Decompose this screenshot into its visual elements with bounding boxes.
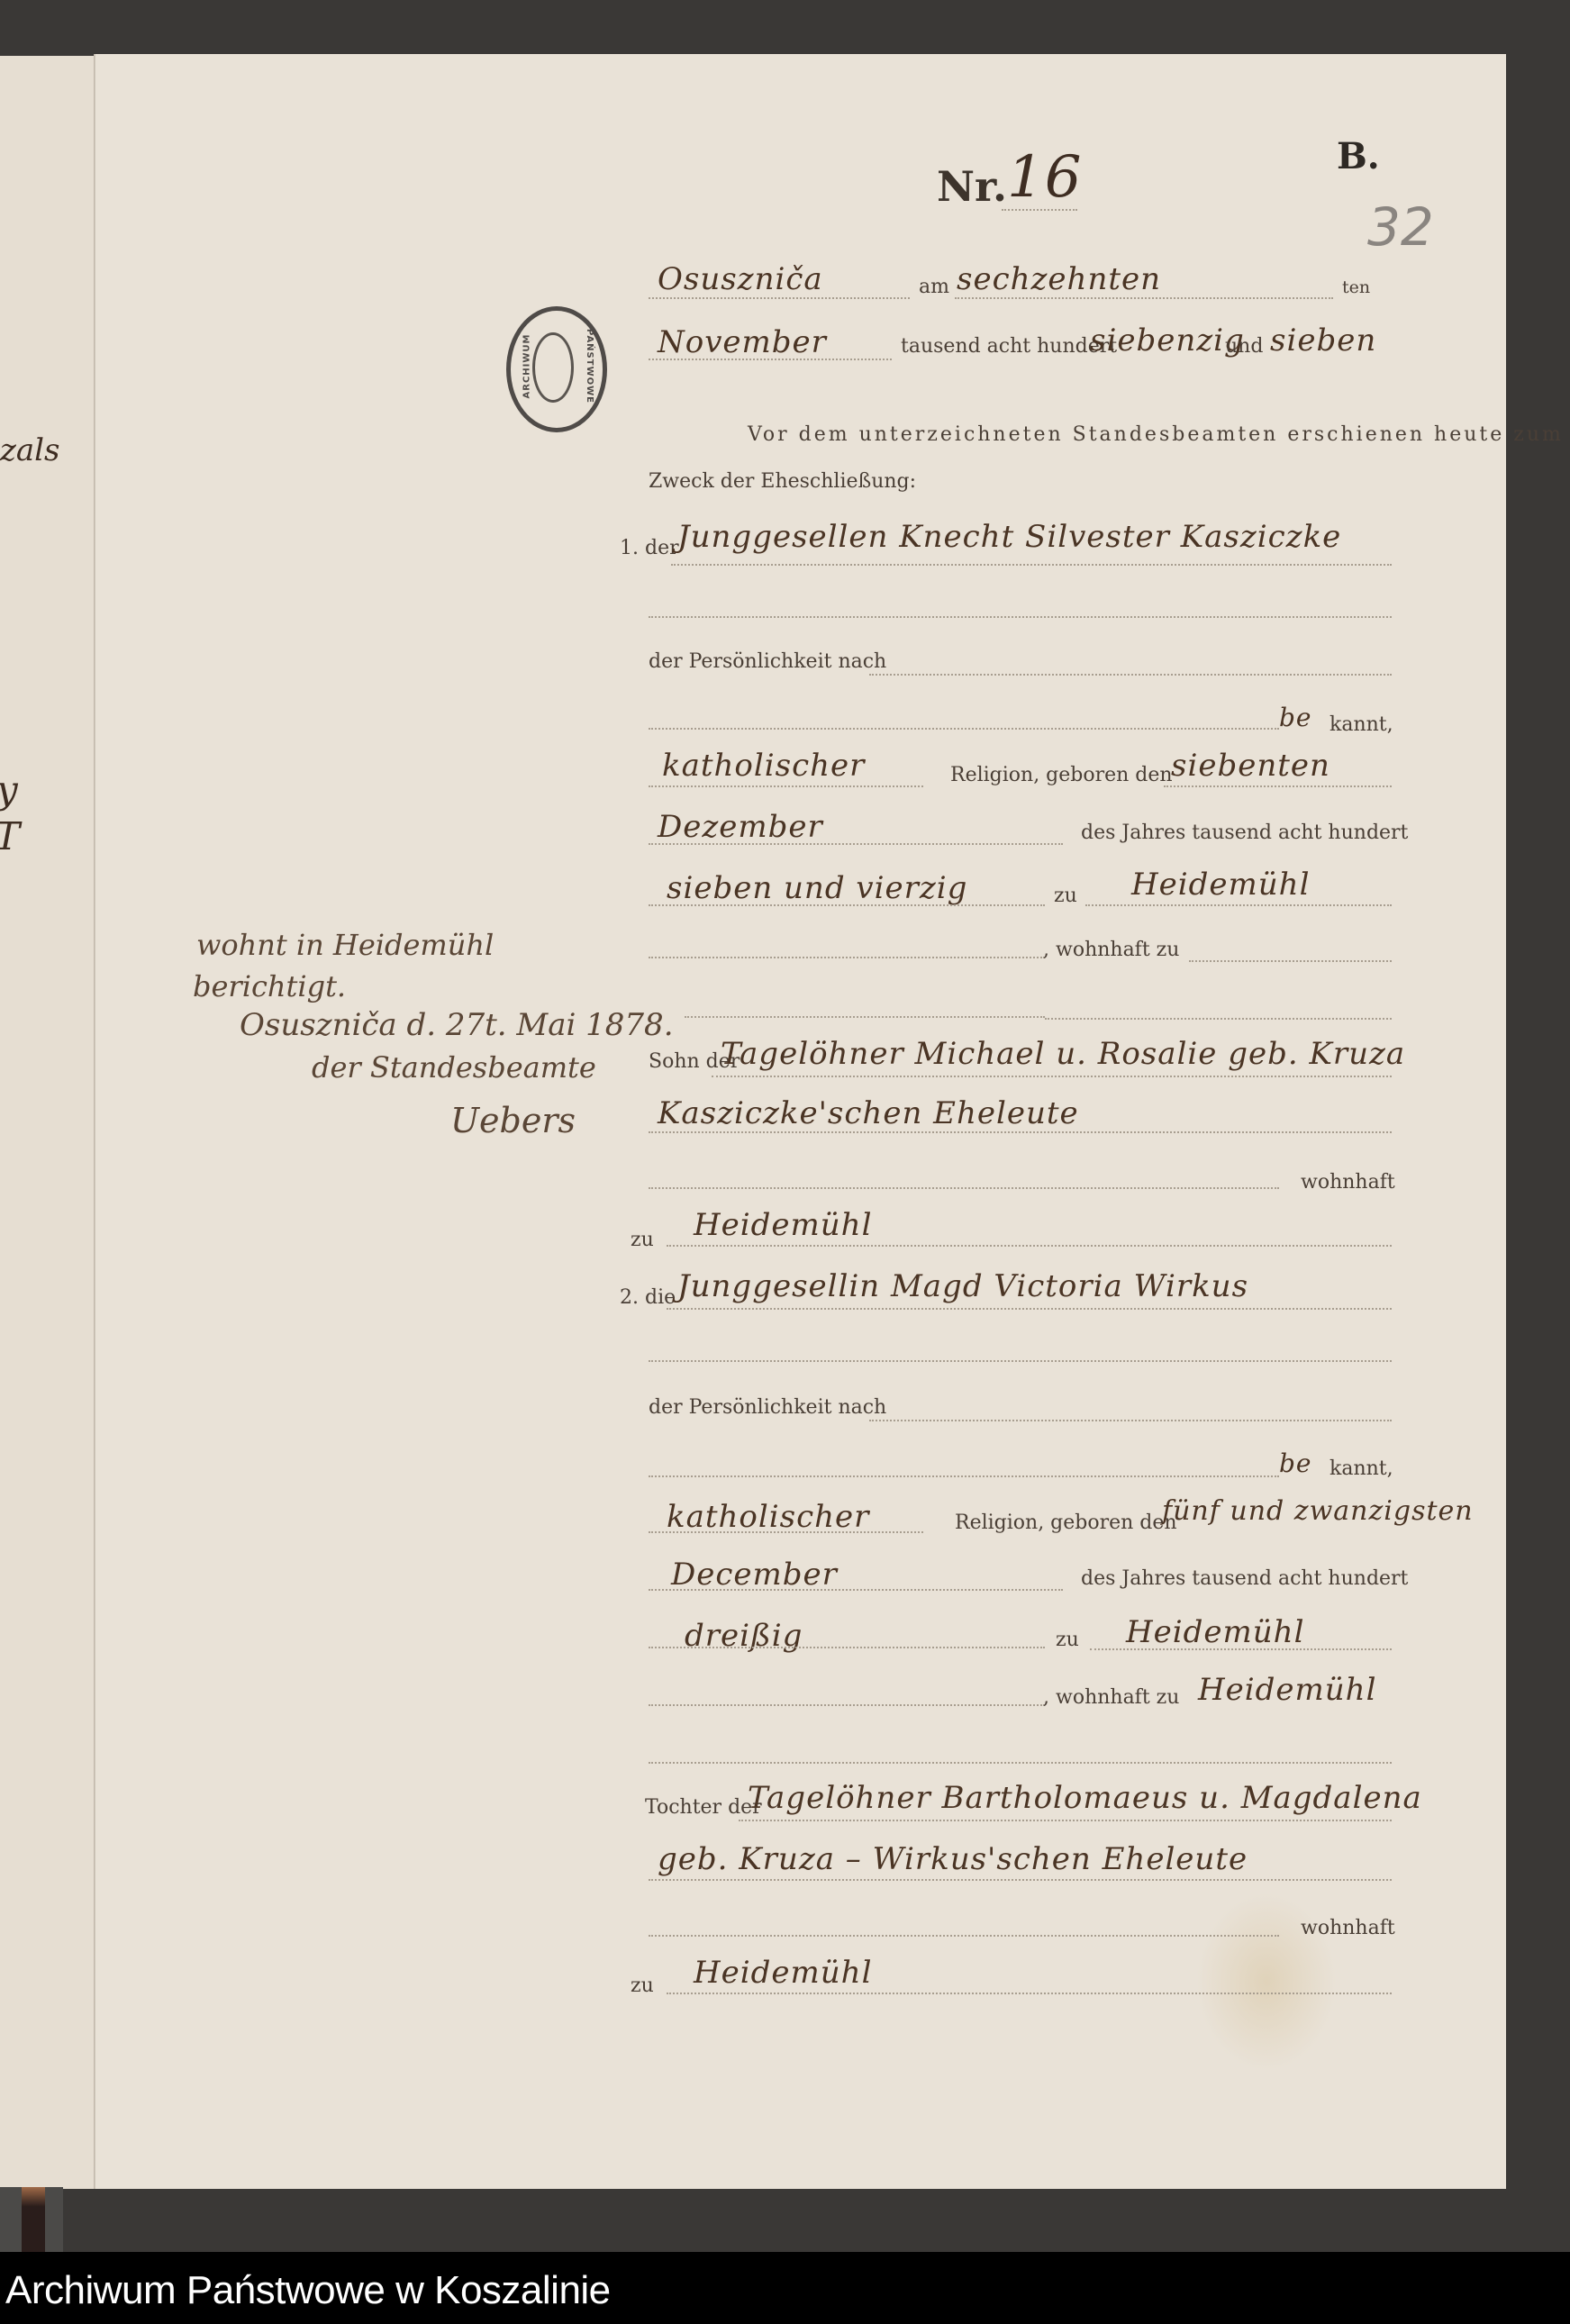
party1-known-prefix: be: [1279, 703, 1312, 732]
record-number-value: 16: [1007, 144, 1082, 211]
party2-residence-label: , wohnhaft zu: [1043, 1686, 1179, 1709]
party2-residence-line: [649, 1704, 1045, 1706]
left-page-fragment: y: [0, 767, 18, 812]
party2-residence-field: Heidemühl: [1198, 1672, 1376, 1708]
left-facing-page: zals y T: [0, 56, 94, 2189]
party1-birth-month-field: Dezember: [658, 809, 823, 845]
party1-birth-place-field: Heidemühl: [1131, 867, 1310, 903]
party2-identity-label: der Persönlichkeit nach: [649, 1396, 886, 1419]
party2-known-label: kannt,: [1330, 1457, 1393, 1480]
party2-parents-line1-rule: [739, 1820, 1392, 1821]
blank-line: [685, 1016, 1045, 1018]
party1-birth-year-field: sieben und vierzig: [667, 870, 967, 906]
stamp-text-right: PAŃSTWOWE: [585, 329, 594, 404]
party1-residence-label: , wohnhaft zu: [1043, 939, 1179, 961]
party2-description-field: Junggesellin Magd Victoria Wirkus: [677, 1268, 1248, 1304]
party2-identity-line: [869, 1420, 1392, 1421]
party1-number-label: 1. der: [620, 537, 679, 559]
party2-number-label: 2. die: [620, 1286, 676, 1309]
party1-religion-field: katholischer: [662, 748, 865, 784]
party1-parents-residence-rule: [649, 1187, 1279, 1189]
ten-label: ten: [1342, 277, 1370, 297]
intro-sentence-line1: Vor dem unterzeichneten Standesbeamten e…: [748, 423, 1564, 446]
party1-description-line: [671, 564, 1392, 566]
party2-religion-field: katholischer: [667, 1499, 869, 1535]
party1-residence-line: [649, 957, 1045, 958]
party2-parents-label: Tochter der: [645, 1796, 762, 1819]
party2-birth-year-line: [649, 1647, 1045, 1648]
party1-birth-year-line: [649, 904, 1045, 906]
blank-line: [649, 1762, 1392, 1764]
margin-note-line1: wohnt in Heidemühl: [196, 928, 494, 962]
party2-parents-residence-value-rule: [667, 1993, 1392, 1994]
blank-line: [1045, 1018, 1392, 1020]
und-label: und: [1225, 335, 1263, 358]
day-field: sechzehnten: [957, 261, 1161, 297]
party2-parents-line2-rule: [649, 1879, 1392, 1881]
party2-parents-residence-label: wohnhaft: [1301, 1917, 1395, 1939]
intro-sentence-line2: Zweck der Eheschließung:: [649, 470, 916, 493]
party2-known-prefix: be: [1279, 1448, 1312, 1478]
archive-caption: Archiwum Państwowe w Koszalinie: [5, 2268, 611, 2313]
party1-religion-line: [649, 785, 923, 787]
party1-birth-place-label: zu: [1054, 885, 1077, 907]
party1-birth-place-line: [1085, 904, 1392, 906]
party2-parents-residence-prefix: zu: [631, 1974, 654, 1997]
party1-birth-day-field: siebenten: [1171, 748, 1330, 784]
margin-note-line2: berichtigt.: [193, 969, 346, 1003]
party1-description-field: Junggesellen Knecht Silvester Kasziczke: [677, 519, 1341, 555]
margin-note-line3: Osuszniča d. 27t. Mai 1878.: [240, 1007, 674, 1043]
stamp-text-left: ARCHIWUM: [522, 334, 531, 399]
party2-description-line2: [649, 1360, 1392, 1362]
margin-note-line4: der Standesbeamte: [312, 1050, 596, 1085]
month-field: November: [658, 324, 827, 360]
left-page-fragment: zals: [0, 432, 60, 468]
book-spine-edge: [22, 2187, 45, 2252]
party2-birth-place-field: Heidemühl: [1126, 1614, 1304, 1650]
year-label: tausend acht hundert: [901, 335, 1117, 358]
party1-parents-residence-field: Heidemühl: [694, 1207, 872, 1243]
party2-parents-line1: Tagelöhner Bartholomaeus u. Magdalena: [748, 1780, 1422, 1816]
record-number-line: [1002, 209, 1077, 211]
form-letter: B.: [1337, 135, 1380, 177]
margin-note-signature: Uebers: [450, 1101, 576, 1140]
pencil-page-number: 32: [1367, 196, 1434, 258]
archive-stamp: ARCHIWUM PAŃSTWOWE: [506, 306, 607, 432]
party2-religion-label: Religion, geboren den: [955, 1512, 1177, 1534]
party1-residence-value-line: [1189, 960, 1392, 962]
place-field: Osuszniča: [658, 261, 823, 297]
record-number-label: Nr.: [937, 162, 1007, 211]
day-line: [955, 297, 1333, 299]
party1-birth-month-line: [649, 843, 1063, 845]
party1-identity-line: [869, 674, 1392, 676]
party2-parents-line2: geb. Kruza – Wirkus'schen Eheleute: [658, 1841, 1248, 1877]
party2-birth-place-label: zu: [1056, 1629, 1079, 1651]
party1-identity-label: der Persönlichkeit nach: [649, 650, 886, 673]
party1-known-label: kannt,: [1330, 713, 1393, 736]
party1-known-line: [649, 728, 1279, 730]
party1-parents-line1: Tagelöhner Michael u. Rosalie geb. Kruza: [721, 1036, 1405, 1072]
year-units-field: sieben: [1270, 322, 1376, 359]
party1-parents-residence-label: wohnhaft: [1301, 1171, 1395, 1194]
party1-parents-line1-rule: [712, 1076, 1392, 1077]
party2-known-line: [649, 1475, 1279, 1477]
party2-birth-day-field: fünf und zwanzigsten: [1162, 1495, 1474, 1527]
month-line: [649, 359, 892, 360]
party1-parents-residence-value-rule: [667, 1245, 1392, 1247]
stamp-inner-ring: [532, 332, 574, 403]
party2-birth-month-field: December: [671, 1557, 838, 1593]
party2-birth-place-line: [1090, 1648, 1392, 1650]
place-line: [649, 297, 910, 299]
am-label: am: [919, 276, 949, 298]
party2-religion-line: [649, 1531, 923, 1533]
party2-birth-month-line: [649, 1589, 1063, 1591]
party1-birth-day-line: [1164, 785, 1392, 787]
party1-description-line2: [649, 616, 1392, 618]
party2-description-line: [667, 1308, 1392, 1310]
left-page-fragment: T: [0, 814, 20, 858]
party2-parents-residence-field: Heidemühl: [694, 1955, 872, 1991]
party1-parents-line2-rule: [649, 1131, 1392, 1133]
party2-birth-year-label: des Jahres tausend acht hundert: [1081, 1567, 1408, 1590]
party1-birth-year-label: des Jahres tausend acht hundert: [1081, 822, 1408, 844]
party2-parents-residence-rule: [649, 1935, 1279, 1937]
party1-religion-label: Religion, geboren den: [950, 764, 1173, 786]
year-tens-field: siebenzig: [1090, 322, 1245, 359]
party2-birth-year-field: dreißig: [685, 1618, 803, 1654]
party1-parents-residence-prefix: zu: [631, 1229, 654, 1251]
party1-parents-line2: Kasziczke'schen Eheleute: [658, 1095, 1079, 1131]
